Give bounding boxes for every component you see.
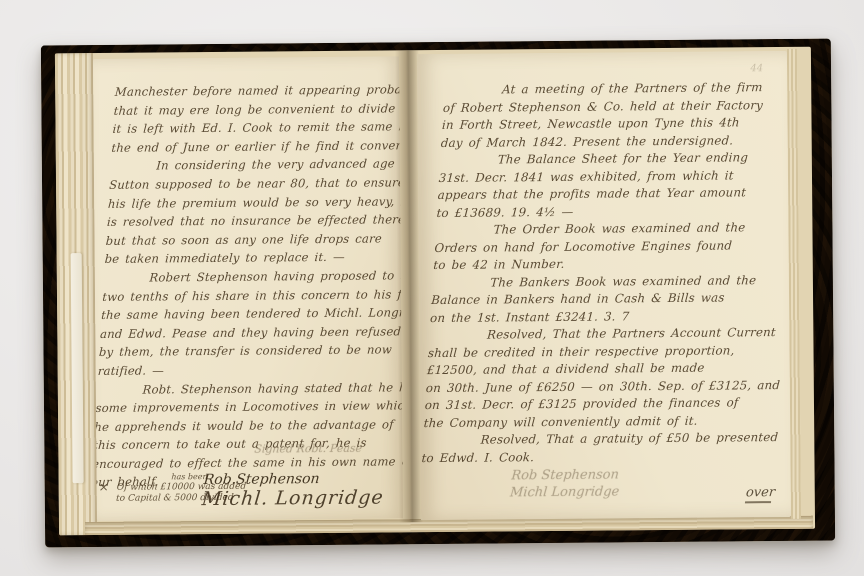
manuscript-line: Sutton supposed to be near 80, that to e… [109,173,403,194]
manuscript-line: Resolved, That a gratuity of £50 be pres… [422,429,769,450]
footnote-cross-marker: × [98,482,109,493]
left-page: Manchester before named it appearing pro… [93,56,403,521]
manuscript-line: Robert Stephenson having proposed to tra… [103,266,398,287]
minute-book: Manchester before named it appearing pro… [41,39,835,548]
right-page: 44 At a meeting of the Partners of the f… [417,51,791,520]
manuscript-line: is resolved that no insurance be effecte… [106,210,401,231]
manuscript-line: it is left with Ed. I. Cook to remit the… [112,117,403,138]
manuscript-line: to Edwd. I. Cook. [421,447,768,468]
manuscript-line: the same having been tendered to Michl. … [101,303,396,324]
signature-rob-stephenson: Rob.Stephenson [203,470,386,488]
manuscript-line: in Forth Street, Newcastle upon Tyne thi… [441,114,788,135]
manuscript-line: The Bankers Book was examined and the [432,272,779,293]
manuscript-line: but that so soon as any one life drops c… [105,229,400,250]
manuscript-line: appears that the profits made that Year … [437,184,784,205]
manuscript-line: Orders on hand for Locomotive Engines fo… [434,237,781,258]
page-number: 44 [750,63,763,74]
ghost-signature-rob-stephenson: Rob Stephenson [511,466,622,484]
signature-michael-longridge: Michl. Longridge [201,486,385,510]
ghost-signatures: Rob Stephenson Michl Longridge [509,466,621,501]
right-page-manuscript: At a meeting of the Partners of the firm… [421,79,791,467]
ghost-signature-michael-longridge: Michl Longridge [509,483,620,501]
manuscript-line: that it may ere long be convenient to di… [113,99,403,120]
manuscript-line: some improvements in Locomotives in view… [95,397,390,418]
manuscript-line: the end of June or earlier if he find it… [111,136,403,157]
left-page-manuscript: Manchester before named it appearing pro… [93,80,403,492]
paper-slip [71,253,84,483]
manuscript-line: shall be credited in their respective pr… [427,342,774,363]
over-note: over [745,485,776,503]
page-block: Manchester before named it appearing pro… [55,47,815,536]
ghost-note: Signed Robt. Pease [254,442,363,456]
manuscript-line: on 31st. Decr. of £3125 provided the fin… [424,394,771,415]
manuscript-line: In considering the very advanced age of … [110,155,403,176]
signature-block: Rob.Stephenson Michl. Longridge [201,470,386,510]
manuscript-line: Manchester before named it appearing pro… [114,80,403,101]
manuscript-line: by them, the transfer is considered to b… [98,341,393,362]
